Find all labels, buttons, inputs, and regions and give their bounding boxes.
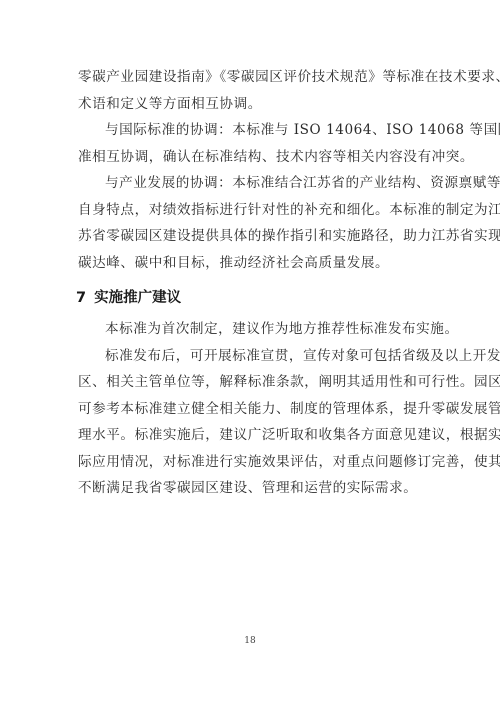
text-line: 准相互协调，确认在标准结构、技术内容等相关内容没有冲突。 (78, 144, 424, 171)
document-body: 零碳产业园建设指南》《零碳园区评价技术规范》等标准在技术要求、 术语和定义等方面… (78, 64, 424, 502)
section-number: 7 (76, 290, 86, 306)
paragraph-promotion: 标准发布后，可开展标准宣贯，宣传对象可包括省级及以上开发 区、相关主管单位等，解… (78, 343, 424, 502)
paragraph-industry-coordination: 与产业发展的协调：本标准结合江苏省的产业结构、资源禀赋等 自身特点，对绩效指标进… (78, 170, 424, 276)
page-number: 18 (0, 636, 500, 646)
text-line: 与国际标准的协调：本标准与 ISO 14064、ISO 14068 等国际标 (78, 117, 424, 144)
section-title: 实施推广建议 (94, 290, 181, 306)
text-line: 区、相关主管单位等，解释标准条款，阐明其适用性和可行性。园区 (78, 369, 424, 396)
text-line: 碳达峰、碳中和目标，推动经济社会高质量发展。 (78, 250, 424, 277)
text-line: 术语和定义等方面相互协调。 (78, 91, 424, 118)
text-line: 本标准为首次制定，建议作为地方推荐性标准发布实施。 (78, 316, 424, 343)
text-line: 自身特点，对绩效指标进行针对性的补充和细化。本标准的制定为江 (78, 197, 424, 224)
text-line: 可参考本标准建立健全相关能力、制度的管理体系，提升零碳发展管 (78, 396, 424, 423)
paragraph-international-coordination: 与国际标准的协调：本标准与 ISO 14064、ISO 14068 等国际标 准… (78, 117, 424, 170)
text-line: 与产业发展的协调：本标准结合江苏省的产业结构、资源禀赋等 (78, 170, 424, 197)
text-line: 不断满足我省零碳园区建设、管理和运营的实际需求。 (78, 475, 424, 502)
text-line: 际应用情况，对标准进行实施效果评估，对重点问题修订完善，使其 (78, 449, 424, 476)
text-line: 理水平。标准实施后，建议广泛听取和收集各方面意见建议，根据实 (78, 422, 424, 449)
paragraph-first-release: 本标准为首次制定，建议作为地方推荐性标准发布实施。 (78, 316, 424, 343)
section-heading: 7实施推广建议 (76, 280, 424, 316)
text-line: 标准发布后，可开展标准宣贯，宣传对象可包括省级及以上开发 (78, 343, 424, 370)
text-line: 零碳产业园建设指南》《零碳园区评价技术规范》等标准在技术要求、 (78, 64, 424, 91)
text-line: 苏省零碳园区建设提供具体的操作指引和实施路径，助力江苏省实现 (78, 223, 424, 250)
